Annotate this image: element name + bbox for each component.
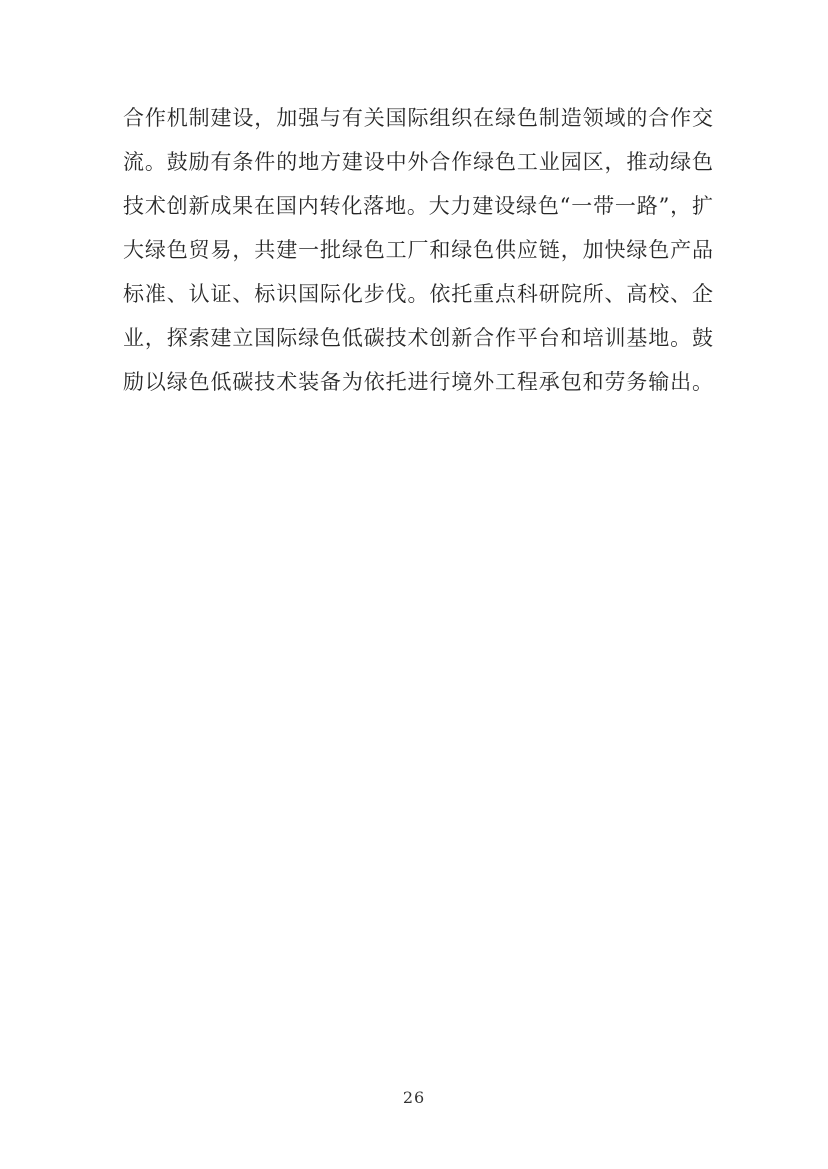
paragraph-line: 流。鼓励有条件的地方建设中外合作绿色工业园区，推动绿色	[123, 140, 713, 184]
page-number: 26	[403, 1088, 425, 1107]
paragraph-line: 合作机制建设，加强与有关国际组织在绿色制造领域的合作交	[123, 96, 713, 140]
paragraph-line: 标准、认证、标识国际化步伐。依托重点科研院所、高校、企	[123, 272, 713, 316]
paragraph-line: 业，探索建立国际绿色低碳技术创新合作平台和培训基地。鼓	[123, 316, 713, 360]
page-footer: 26	[0, 1088, 828, 1107]
paragraph-line: 励以绿色低碳技术装备为依托进行境外工程承包和劳务输出。	[123, 360, 713, 404]
body-paragraph: 合作机制建设，加强与有关国际组织在绿色制造领域的合作交 流。鼓励有条件的地方建设…	[123, 96, 713, 404]
document-page: 合作机制建设，加强与有关国际组织在绿色制造领域的合作交 流。鼓励有条件的地方建设…	[0, 0, 828, 1169]
paragraph-line: 技术创新成果在国内转化落地。大力建设绿色“一带一路”，扩	[123, 184, 713, 228]
paragraph-line: 大绿色贸易，共建一批绿色工厂和绿色供应链，加快绿色产品	[123, 228, 713, 272]
